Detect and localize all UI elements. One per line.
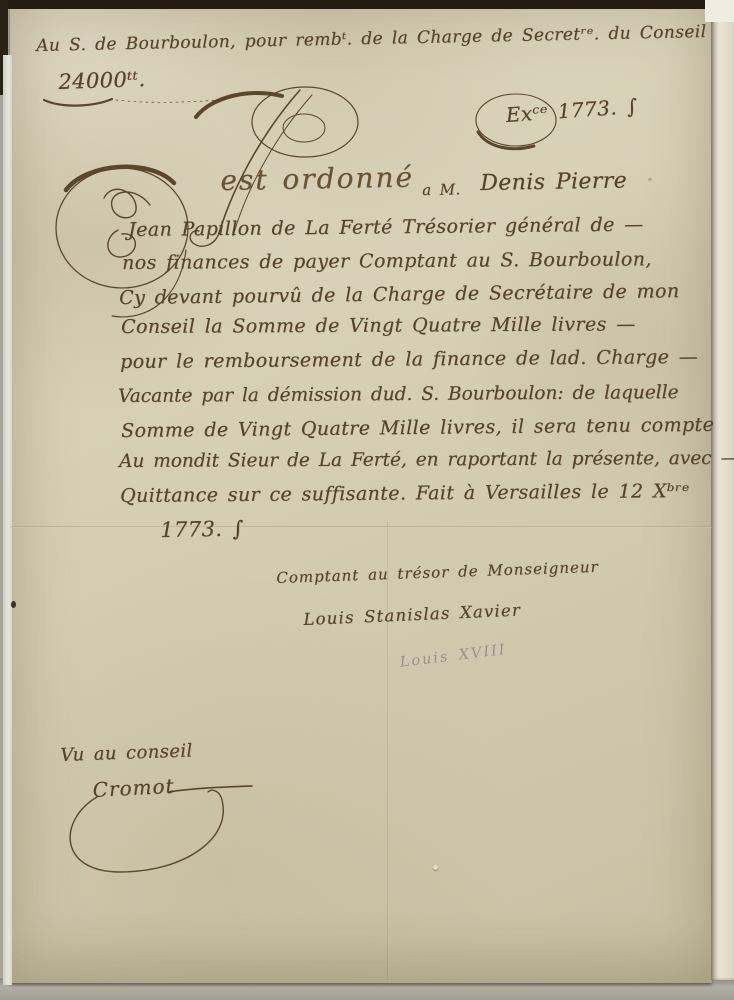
fold-crease-vertical xyxy=(387,522,388,980)
under-sheet-edge xyxy=(3,55,12,985)
amount-note: 24000ᵗᵗ. xyxy=(58,67,146,94)
body-line-2: nos finances de payer Comptant au S. Bou… xyxy=(122,248,652,274)
body-line-4: Conseil la Somme de Vingt Quatre Mille l… xyxy=(121,313,636,338)
fold-crease-horizontal xyxy=(10,526,712,528)
opening-words: est ordonné xyxy=(220,161,414,197)
manuscript-photo: Au S. de Bourboulon, pour rembᵗ. de la C… xyxy=(0,0,734,1000)
addressee-name: Denis Pierre xyxy=(480,168,627,196)
photo-top-shadow xyxy=(0,0,710,9)
control-signature: Cromot xyxy=(92,774,175,802)
foxing-spot xyxy=(648,178,652,181)
body-line-10: 1773. ∫ xyxy=(160,517,244,542)
body-line-6: Vacante par la démission dud. S. Bourbou… xyxy=(118,382,679,407)
opening-abbreviation: a M. xyxy=(422,180,461,199)
paper-hole-spot xyxy=(11,601,16,608)
body-line-8: Au mondit Sieur de La Ferté, en raportan… xyxy=(119,448,734,472)
paper-chip-spot xyxy=(433,865,438,870)
backing-sheet-edge xyxy=(711,18,734,980)
backing-sheet-corner xyxy=(705,0,734,22)
